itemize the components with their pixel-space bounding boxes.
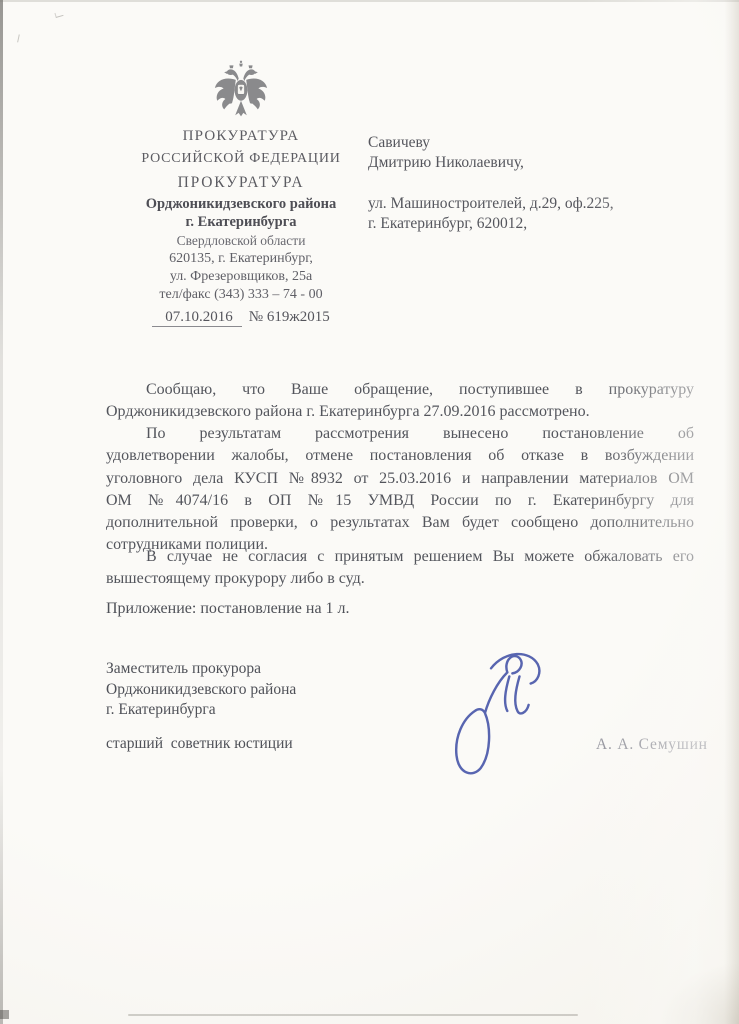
org-name-line-1: ПРОКУРАТУРА [112, 128, 370, 145]
org-region-line: Свердловской области [112, 233, 370, 249]
body-paragraph-2: По результатам рассмотрения вынесено пос… [106, 423, 694, 557]
signer-position-line: Орджоникидзевского района [106, 680, 296, 701]
body-line: дополнительной проверки, о результатах В… [106, 512, 694, 534]
org-district-line: Орджоникидзевского района [112, 196, 370, 213]
signer-position-block: Заместитель прокурора Орджоникидзевского… [106, 659, 296, 721]
addressee-block: Савичеву Дмитрию Николаевичу, ул. Машино… [368, 133, 703, 234]
body-line: ОМ №4074/16 в ОП №15 УМВД России по г. Е… [106, 490, 694, 512]
letter-content: ПРОКУРАТУРА РОССИЙСКОЙ ФЕДЕРАЦИИ ПРОКУРА… [0, 0, 739, 1024]
date-number-line: 07.10.2016№ 619ж2015 [112, 309, 370, 326]
org-city-line: г. Екатеринбурга [112, 214, 370, 231]
org-street-line: ул. Фрезеровщиков, 25а [112, 269, 370, 285]
signer-position-line: г. Екатеринбурга [106, 700, 296, 721]
attachment-line: Приложение: постановление на 1 л. [106, 600, 350, 618]
addressee-street: ул. Машиностроителей, д.29, оф.225, [368, 194, 703, 214]
addressee-city: г. Екатеринбург, 620012, [368, 214, 703, 234]
body-line: Орджоникидзевского района г. Екатеринбур… [106, 401, 694, 423]
signer-position-line: Заместитель прокурора [106, 659, 296, 680]
body-line: удовлетворении жалобы, отмене постановле… [106, 445, 694, 467]
signer-name: А. А. Семушин [596, 736, 708, 754]
addressee-name: Дмитрию Николаевичу, [368, 153, 703, 173]
body-line: уголовного дела КУСП №8932 от 25.03.2016… [106, 468, 694, 490]
letterhead: ПРОКУРАТУРА РОССИЙСКОЙ ФЕДЕРАЦИИ ПРОКУРА… [112, 60, 370, 326]
body-line: Сообщаю, что Ваше обращение, поступившее… [106, 379, 694, 401]
body-paragraph-3: В случае не согласия с принятым решением… [106, 546, 694, 591]
addressee-surname: Савичеву [368, 133, 703, 153]
body-line: По результатам рассмотрения вынесено пос… [106, 423, 694, 445]
body-line: В случае не согласия с принятым решением… [106, 546, 694, 568]
signer-rank: старший советник юстиции [106, 735, 293, 753]
org-name-line-3: ПРОКУРАТУРА [112, 174, 370, 192]
org-postal-line: 620135, г. Екатеринбург, [112, 251, 370, 267]
handwritten-signature-icon [428, 648, 548, 778]
scanned-letter-page: ПРОКУРАТУРА РОССИЙСКОЙ ФЕДЕРАЦИИ ПРОКУРА… [0, 0, 739, 1024]
org-name-line-2: РОССИЙСКОЙ ФЕДЕРАЦИИ [112, 151, 370, 167]
coat-of-arms-icon [212, 60, 270, 124]
body-paragraph-1: Сообщаю, что Ваше обращение, поступившее… [106, 379, 694, 424]
document-number: № 619ж2015 [249, 309, 330, 325]
org-phone-line: тел/факс (343) 333 – 74 - 00 [112, 287, 370, 303]
date-field: 07.10.2016 [152, 309, 242, 327]
body-line: вышестоящему прокурору либо в суд. [106, 568, 694, 590]
